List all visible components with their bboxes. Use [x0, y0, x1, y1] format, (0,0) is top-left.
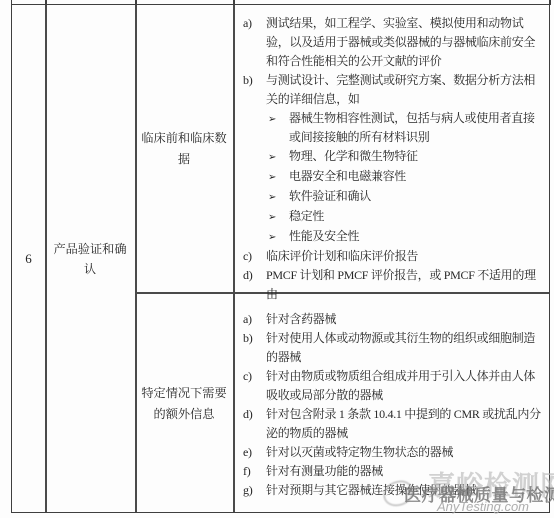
category-label: 产品验证和确认 [50, 239, 130, 279]
table-stub-line [549, 0, 551, 5]
table-row: ➢ 物理、化学和微生物特征 [268, 147, 543, 167]
table-row: g) 针对预期与其它器械连接操作使用的器械 [243, 481, 543, 500]
item-text: 针对由物质或物质组合组成并用于引入人体并由人体吸收或局部分散的器械 [266, 367, 543, 405]
item-marker: ➢ [268, 227, 289, 247]
item-text: 与测试设计、完整测试或研究方案、数据分析方法相关的详细信息，如 [266, 71, 543, 109]
item-marker: e) [243, 443, 266, 462]
table-row: a) 针对含药器械 [243, 310, 543, 329]
item-text: 针对含药器械 [266, 310, 543, 329]
table-row: e) 针对以灭菌或特定物生物状态的器械 [243, 443, 543, 462]
item-text: 物理、化学和微生物特征 [289, 147, 543, 166]
row-number: 6 [25, 251, 32, 267]
item-marker: d) [243, 405, 266, 424]
subcategory-cell-additional-info: 特定情况下需要的额外信息 [135, 293, 233, 514]
item-marker: c) [243, 247, 266, 266]
row-number-cell: 6 [12, 5, 45, 512]
table-row: ➢ 稳定性 [268, 207, 543, 227]
document-page: 6 产品验证和确认 临床前和临床数据 特定情况下需要的额外信息 a) 测试结果，… [0, 0, 554, 518]
item-marker: ➢ [268, 147, 289, 167]
item-text: 针对使用人体或动物源或其衍生物的组织或细胞制造的器械 [266, 329, 543, 367]
item-text: 稳定性 [289, 207, 543, 226]
table-row: c) 针对由物质或物质组合组成并用于引入人体并由人体吸收或局部分散的器械 [243, 367, 543, 405]
subcategory-cell-clinical-data: 临床前和临床数据 [135, 5, 233, 292]
item-text: 器械生物相容性测试，包括与病人或使用者直接或间接接触的所有材料识别 [289, 109, 543, 147]
item-text: 测试结果，如工程学、实验室、模拟使用和动物试验，以及适用于器械或类似器械的与器械… [266, 14, 543, 71]
item-text: 临床评价计划和临床评价报告 [266, 247, 543, 266]
item-marker: d) [243, 266, 266, 285]
item-marker: g) [243, 481, 266, 500]
item-text: 针对包含附录 1 条款 10.4.1 中提到的 CMR 或扰乱内分泌的物质的器械 [266, 405, 543, 443]
item-marker: a) [243, 310, 266, 329]
item-marker: ➢ [268, 109, 289, 129]
category-cell: 产品验证和确认 [45, 5, 135, 512]
table-row: b) 与测试设计、完整测试或研究方案、数据分析方法相关的详细信息，如 [243, 71, 543, 109]
item-text: 电器安全和电磁兼容性 [289, 167, 543, 186]
table-row: d) 针对包含附录 1 条款 10.4.1 中提到的 CMR 或扰乱内分泌的物质… [243, 405, 543, 443]
spec-table: 6 产品验证和确认 临床前和临床数据 特定情况下需要的额外信息 a) 测试结果，… [11, 4, 550, 513]
item-text: 针对有测量功能的器械 [266, 462, 543, 481]
subcategory-label: 特定情况下需要的额外信息 [140, 383, 228, 425]
item-text: 性能及安全性 [289, 227, 543, 246]
item-marker: ➢ [268, 167, 289, 187]
content-list-additional-info: a) 针对含药器械 b) 针对使用人体或动物源或其衍生物的组织或细胞制造的器械 … [233, 293, 549, 514]
item-text: 针对以灭菌或特定物生物状态的器械 [266, 443, 543, 462]
subcategory-label: 临床前和临床数据 [140, 128, 228, 170]
table-row: c) 临床评价计划和临床评价报告 [243, 247, 543, 266]
item-marker: a) [243, 14, 266, 33]
item-marker: ➢ [268, 187, 289, 207]
table-row: ➢ 软件验证和确认 [268, 187, 543, 207]
table-row: ➢ 电器安全和电磁兼容性 [268, 167, 543, 187]
item-marker: b) [243, 329, 266, 348]
item-text: 针对预期与其它器械连接操作使用的器械 [266, 481, 543, 500]
table-row: b) 针对使用人体或动物源或其衍生物的组织或细胞制造的器械 [243, 329, 543, 367]
item-marker: c) [243, 367, 266, 386]
table-row: a) 测试结果，如工程学、实验室、模拟使用和动物试验，以及适用于器械或类似器械的… [243, 14, 543, 71]
table-row: f) 针对有测量功能的器械 [243, 462, 543, 481]
content-list-clinical-data: a) 测试结果，如工程学、实验室、模拟使用和动物试验，以及适用于器械或类似器械的… [233, 5, 549, 292]
item-marker: f) [243, 462, 266, 481]
item-text: 软件验证和确认 [289, 187, 543, 206]
item-marker: ➢ [268, 207, 289, 227]
table-row: ➢ 性能及安全性 [268, 227, 543, 247]
item-marker: b) [243, 71, 266, 90]
table-row: ➢ 器械生物相容性测试，包括与病人或使用者直接或间接接触的所有材料识别 [268, 109, 543, 147]
